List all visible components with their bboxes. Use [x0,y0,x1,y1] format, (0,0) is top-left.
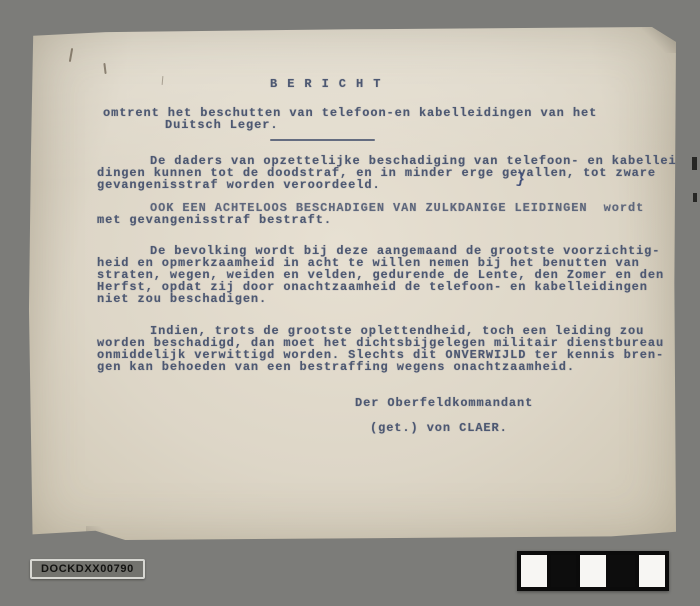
calibration-square [580,555,606,587]
document-subtitle: omtrent het beschutten van telefoon-en k… [97,107,663,131]
folded-corner-bottom [86,526,114,540]
scan-artifact [692,157,697,170]
calibration-square [551,555,577,587]
text-line: met gevangenisstraf bestraft. [97,214,663,226]
scan-background: B E R I C H T omtrent het beschutten van… [0,0,700,606]
document-title: B E R I C H T [270,78,663,90]
title-divider [270,139,375,141]
text-line: niet zou beschadigen. [97,293,663,305]
signature-block: Der Oberfeldkommandant (get.) von CLAER. [97,397,663,434]
text-line: gen kan behoeden van een bestraffing weg… [97,361,663,373]
paper-crease [69,48,73,62]
calibration-bar [517,551,669,591]
paper-crease [103,63,106,74]
typewritten-text: B E R I C H T omtrent het beschutten van… [97,78,663,434]
subtitle-line: Duitsch Leger. [165,119,663,131]
paragraph-report-damage: Indien, trots de grootste oplettendheid,… [97,325,663,373]
paragraph-careless-damage: OOK EEN ACHTELOOS BESCHADIGEN VAN ZULKDA… [97,202,663,226]
calibration-square [639,555,665,587]
paragraph-warning-population: De bevolking wordt bij deze aangemaand d… [97,245,663,305]
text-line: OOK EEN ACHTELOOS BESCHADIGEN VAN ZULKDA… [97,202,663,214]
document-page: B E R I C H T omtrent het beschutten van… [28,27,676,540]
calibration-square [521,555,547,587]
signature-title: Der Oberfeldkommandant [355,397,663,409]
scan-artifact [693,193,697,202]
catalog-label: DOCKDXX00790 [30,559,145,579]
folded-corner [642,27,676,53]
paragraph-penalty: De daders van opzettelijke beschadiging … [97,155,663,191]
text-line: gevangenisstraf worden veroordeeld. [97,179,663,191]
signature-name: (get.) von CLAER. [370,422,663,434]
calibration-square [610,555,636,587]
